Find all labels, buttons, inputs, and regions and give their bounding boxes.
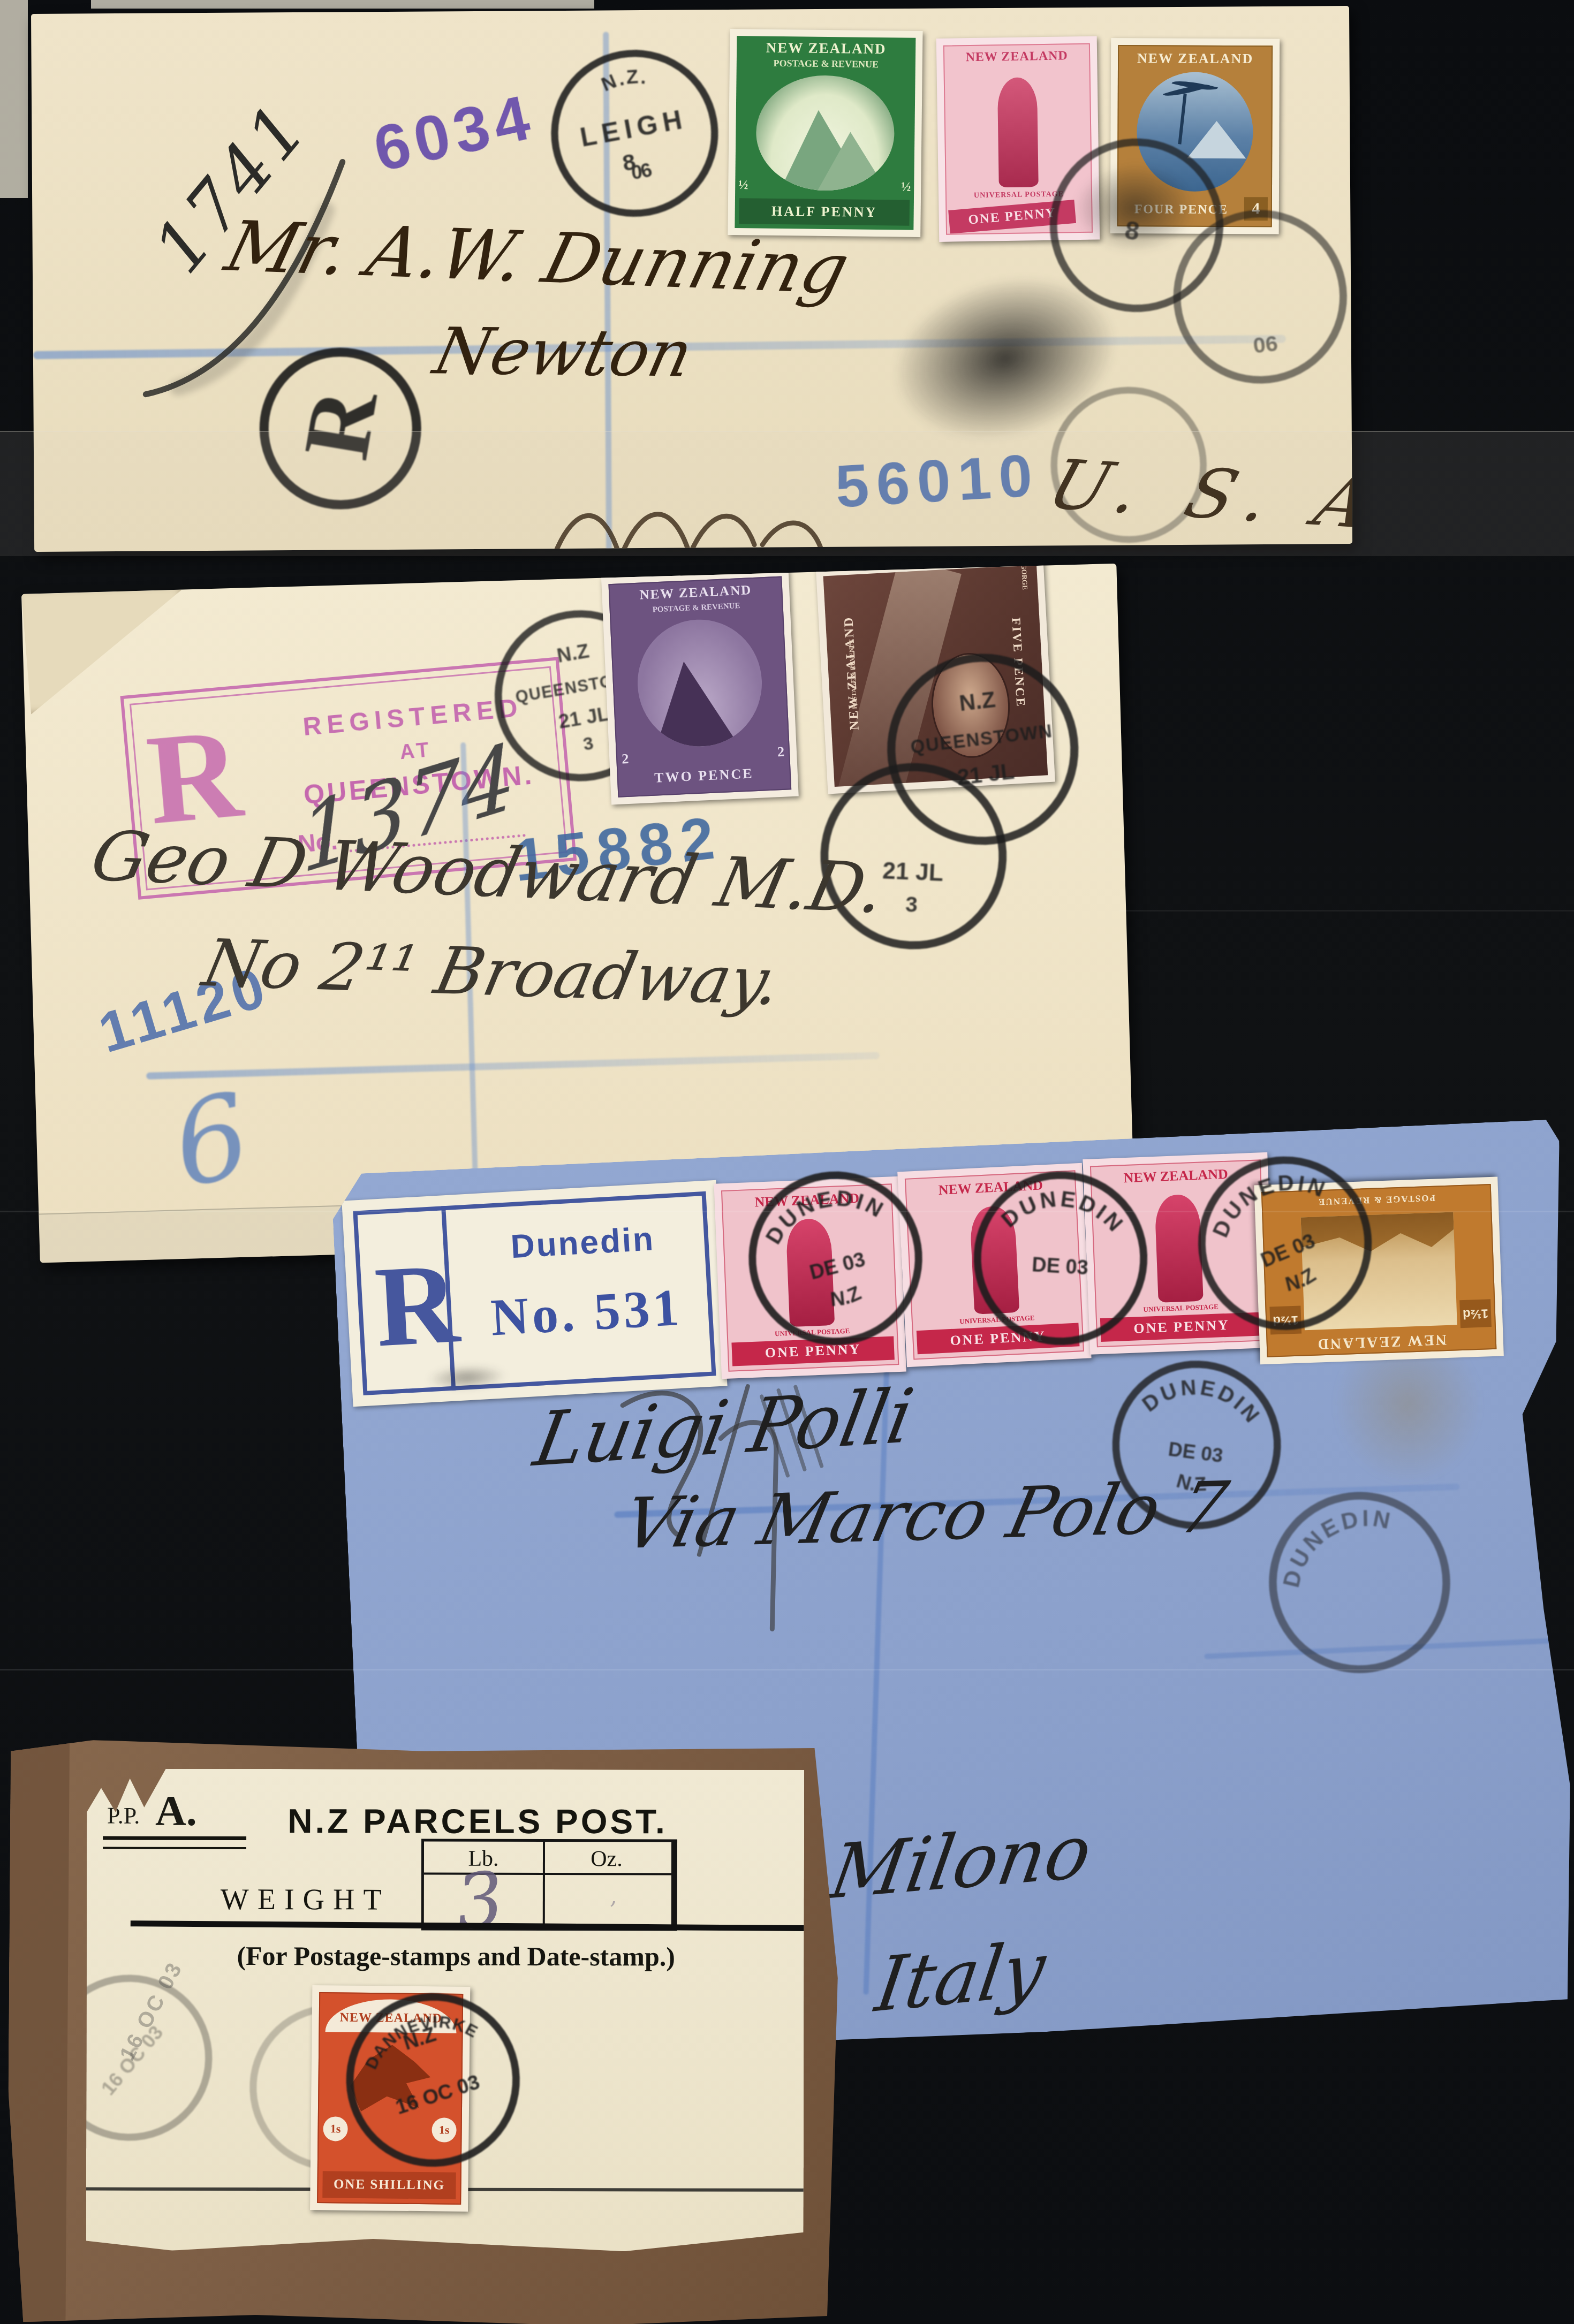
grade-letter: A. [155, 1787, 197, 1836]
postmark-top: N.Z [555, 639, 591, 666]
postmark-code: 3 [905, 892, 918, 917]
postmark-dunedin-2: DUNEDIN DE 03 [963, 1160, 1159, 1356]
postmark-date: DE 03 [1258, 1230, 1318, 1272]
stamp-corner-box-left: 1½d [1459, 1299, 1492, 1328]
postmark-bottom: N.Z [826, 1281, 865, 1313]
stamp-country: NEW ZEALAND [1119, 50, 1272, 67]
stamp-inscription: POSTAGE & REVENUE [737, 57, 915, 71]
postmark-arc-top: N.Z. [597, 62, 653, 97]
crayon-number-6: 6 [162, 1067, 261, 1213]
registered-r-circle: R [259, 347, 422, 510]
stamp-figure-zealandia [997, 77, 1039, 187]
postmark-leigh: N.Z. LEIGH 8 06 [531, 30, 738, 237]
postmark-bottom: N.Z [1280, 1263, 1321, 1298]
mountain-peak2 [818, 132, 888, 191]
ink-smudge-small [1073, 162, 1197, 254]
address-line4: Italy [871, 1925, 1051, 2029]
postmark-date: 21 JL [882, 858, 943, 887]
address-line2: No 2¹¹ Broadway. [197, 925, 788, 1020]
strip-reflection [1119, 910, 1574, 912]
svg-text:N.Z.: N.Z. [597, 62, 653, 97]
cover-leigh: 1741 6034 N.Z. LEIGH 8 06 NEW ZEALAND PO… [31, 6, 1352, 552]
postmark-year: 06 [1252, 331, 1279, 358]
kraft-left-edge [6, 1740, 70, 2322]
manuscript-oz-tick: ʼ [609, 1897, 616, 1923]
stamp-tablet-left: 1s [323, 2116, 347, 2141]
stamp-value-bar: HALF PENNY [739, 198, 910, 226]
weight-label: WEIGHT [221, 1882, 390, 1917]
postmark-date: DE 03 [1167, 1438, 1224, 1467]
registration-label-r: R [372, 1236, 463, 1373]
stamp-numeral: 1½d [1463, 1306, 1489, 1322]
postmark-date: 16 OC 03 [393, 2071, 482, 2119]
stamp-country: NEW ZEALAND [737, 39, 915, 58]
grade-underline [103, 1836, 246, 1849]
postmark-town: LEIGH [578, 103, 690, 152]
parcels-label: P.P. A. N.Z PARCELS POST. Lb. Oz. 3 ʼ WE… [86, 1769, 805, 2252]
weight-oz-header: Oz. [545, 1846, 668, 1872]
note-line: (For Postage-stamps and Date-stamp.) [215, 1940, 697, 1972]
postmark-year: 06 [629, 158, 655, 185]
stamp-vignette-mountain [755, 74, 895, 191]
postmark-date: DE 03 [1031, 1254, 1089, 1279]
stamp-frame: NEW ZEALAND POSTAGE & REVENUE 2 2 TWO PE… [608, 576, 791, 798]
label-title: N.Z PARCELS POST. [263, 1801, 692, 1841]
postmark-date: DE 03 [807, 1248, 868, 1284]
address-line3: Milono [824, 1807, 1098, 1916]
stamp-value: HALF PENNY [771, 203, 877, 220]
palm-trunk [1178, 94, 1187, 145]
svg-text:06: 06 [629, 158, 655, 185]
stockbook-page: 1741 6034 N.Z. LEIGH 8 06 NEW ZEALAND PO… [0, 0, 1574, 2324]
address-line2: Newton [427, 314, 699, 391]
stamp-vignette-peak [635, 617, 765, 749]
stamp-country: NEW ZEALAND [944, 49, 1089, 65]
blue-crayon-horizontal [146, 1052, 880, 1080]
stamp-value: TWO PENCE [618, 764, 790, 787]
mountain-peak [652, 659, 738, 749]
stamp-two-pence-purple: NEW ZEALAND POSTAGE & REVENUE 2 2 TWO PE… [601, 569, 799, 804]
postmark-date: 21 JL [557, 702, 611, 733]
pp-small: P.P. [107, 1802, 140, 1829]
stamp-half-penny-green: NEW ZEALAND POSTAGE & REVENUE ½ ½ HALF P… [728, 29, 922, 237]
postmark-town: QUEENSTOWN [910, 721, 1054, 757]
parcel-piece: P.P. A. N.Z PARCELS POST. Lb. Oz. 3 ʼ WE… [6, 1740, 839, 2324]
stamp-numeral-right: 2 [777, 744, 784, 761]
stamp-frame: NEW ZEALAND POSTAGE & REVENUE ½ ½ HALF P… [735, 36, 915, 230]
address-partial-strokes [542, 480, 875, 552]
album-page-edge-top [91, 0, 594, 9]
postmark-code: 3 [581, 733, 595, 755]
stamp-numeral-right: ½ [901, 180, 911, 195]
svg-text:N.Z: N.Z [826, 1281, 865, 1313]
manuscript-weight: 3 [452, 1856, 508, 1947]
svg-text:N.Z: N.Z [1280, 1263, 1321, 1298]
violet-number: 6034 [367, 80, 541, 186]
address-line1: Geo D Woodward M.D. [84, 817, 892, 929]
album-page-edge [0, 0, 28, 198]
stamp-numeral-left: 2 [622, 751, 629, 768]
stamp-numeral: 1s [330, 2122, 341, 2135]
postmark-top: N.Z [958, 687, 996, 716]
registered-r-letter: R [282, 382, 399, 466]
address-line2: Via Marco Polo 7 [616, 1466, 1235, 1564]
stamp-numeral-left: ½ [738, 178, 748, 193]
